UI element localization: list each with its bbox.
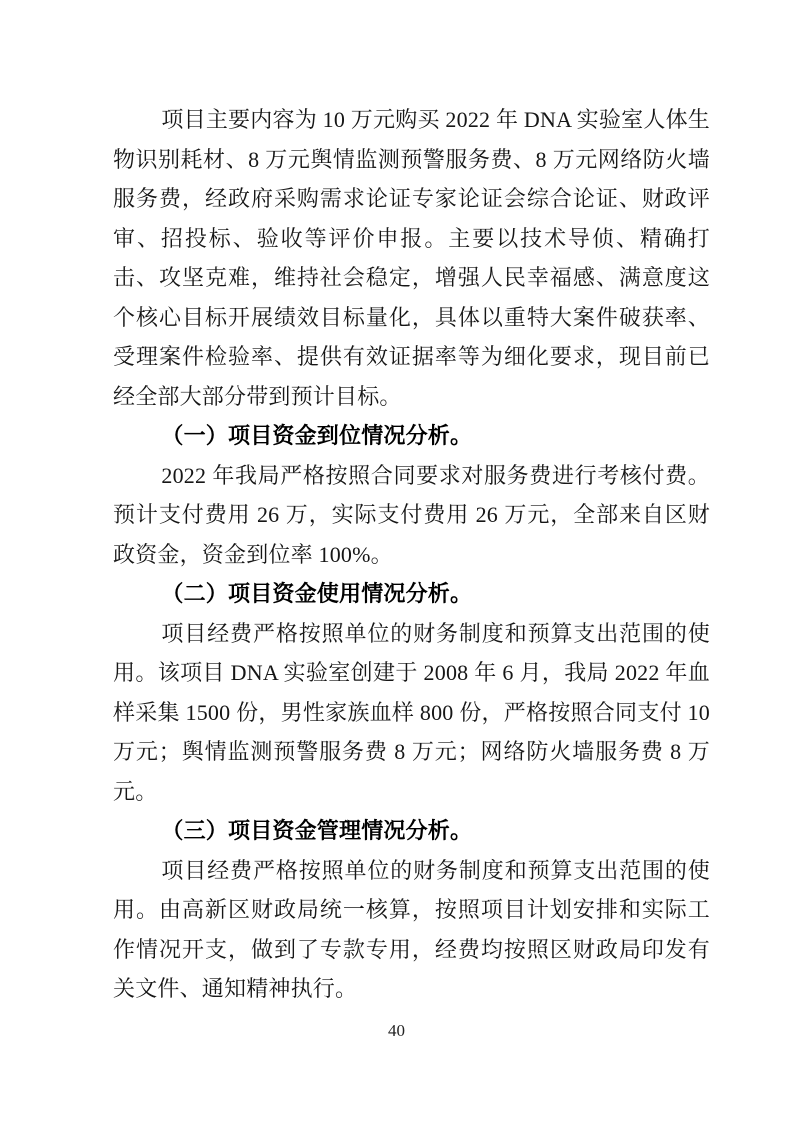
document-page: 项目主要内容为 10 万元购买 2022 年 DNA 实验室人体生物识别耗材、8… xyxy=(0,0,793,1122)
section-heading-funds-management: （三）项目资金管理情况分析。 xyxy=(113,811,710,851)
section-heading-funds-arrival: （一）项目资金到位情况分析。 xyxy=(113,416,710,456)
section-heading-funds-usage: （二）项目资金使用情况分析。 xyxy=(113,574,710,614)
document-body: 项目主要内容为 10 万元购买 2022 年 DNA 实验室人体生物识别耗材、8… xyxy=(113,100,710,1009)
paragraph-project-content: 项目主要内容为 10 万元购买 2022 年 DNA 实验室人体生物识别耗材、8… xyxy=(113,100,710,416)
paragraph-funds-arrival: 2022 年我局严格按照合同要求对服务费进行考核付费。预计支付费用 26 万，实… xyxy=(113,456,710,575)
page-number: 40 xyxy=(0,1021,793,1041)
paragraph-funds-management: 项目经费严格按照单位的财务制度和预算支出范围的使用。由高新区财政局统一核算，按照… xyxy=(113,851,710,1009)
paragraph-funds-usage: 项目经费严格按照单位的财务制度和预算支出范围的使用。该项目 DNA 实验室创建于… xyxy=(113,614,710,812)
